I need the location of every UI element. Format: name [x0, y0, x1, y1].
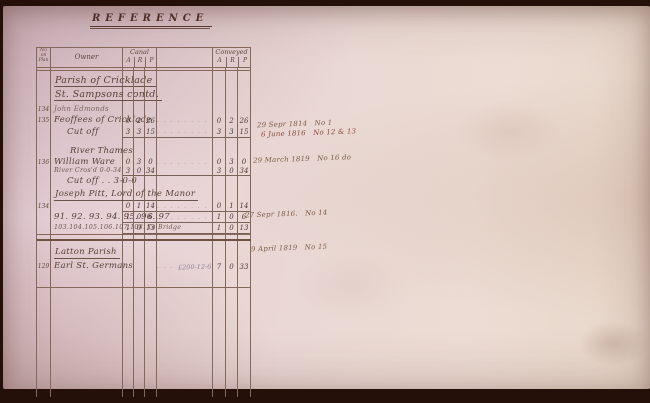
- canal-value-cell: [123, 190, 134, 201]
- leader-cell: [157, 138, 213, 146]
- conveyed-value-cell: [226, 103, 238, 115]
- header-r: R: [134, 57, 145, 67]
- conveyed-value-cell: [238, 146, 251, 157]
- canal-value-cell: [145, 290, 157, 397]
- conveyed-value-cell: [238, 176, 251, 186]
- owner-cell: Cut off: [51, 126, 123, 138]
- canal-value-cell: 3: [134, 126, 145, 138]
- conveyed-value-cell: [226, 290, 238, 397]
- dot-leader: . . . . . . . . . . . . . . . . . .: [157, 263, 178, 270]
- dot-leader: . . . . . . . . . . . . . . . . . .: [157, 128, 212, 135]
- canal-value-cell: [134, 138, 145, 146]
- owner-cell: Joseph Pitt, Lord of the Manor: [51, 190, 123, 201]
- conveyed-value-cell: 3: [226, 157, 238, 167]
- canal-value-cell: [145, 176, 157, 186]
- leader-cell: [157, 88, 213, 103]
- canal-value-cell: 2: [134, 115, 145, 126]
- canal-value-cell: [134, 260, 145, 273]
- plan-number-cell: [37, 273, 51, 287]
- conveyed-value-cell: 3: [213, 167, 226, 176]
- conveyed-value-cell: 1: [213, 212, 226, 223]
- conveyed-value-cell: [238, 103, 251, 115]
- plan-number-cell: [37, 247, 51, 260]
- section-heading: Latton Parish: [54, 248, 120, 259]
- canal-value-cell: 0: [123, 115, 134, 126]
- header-canal-group: Canal A R P: [123, 48, 157, 67]
- owner-cell: John Edmonds: [51, 103, 123, 115]
- conveyed-value-cell: [226, 146, 238, 157]
- table-row: Joseph Pitt, Lord of the Manor: [37, 190, 251, 201]
- conveyed-value-cell: 2: [226, 115, 238, 126]
- conveyed-value-cell: 15: [238, 126, 251, 138]
- conveyed-value-cell: 34: [238, 167, 251, 176]
- canal-value-cell: 0: [123, 157, 134, 167]
- pencil-note: £200-12-6: [178, 262, 213, 271]
- canal-value-cell: [134, 235, 145, 239]
- owner-name: Cut off: [67, 128, 99, 137]
- dot-leader: . . . . . . . . . . . . . . . . . .: [157, 159, 212, 166]
- header-a: A: [123, 57, 134, 67]
- owner-cell: St. Sampsons contd.: [51, 88, 123, 103]
- canal-value-cell: [134, 103, 145, 115]
- owner-cell: Earl St. Germans: [51, 260, 123, 273]
- canal-value-cell: [145, 247, 157, 260]
- table-body: Parish of CrickladeSt. Sampsons contd.13…: [37, 68, 251, 397]
- header-r: R: [226, 57, 238, 67]
- owner-cell: 103.104.105.106.107.108. To Bridge: [51, 223, 123, 234]
- conveyed-value-cell: 26: [238, 115, 251, 126]
- canal-value-cell: [134, 68, 145, 70]
- canal-value-cell: 0: [145, 157, 157, 167]
- dot-leader: . . . . . . . . . . . . . . . . . .: [157, 117, 212, 124]
- conveyed-value-cell: [226, 247, 238, 260]
- canal-value-cell: 34: [145, 167, 157, 176]
- conveyed-value-cell: 0: [226, 260, 238, 273]
- canal-value-cell: [145, 68, 157, 70]
- conveyed-value-cell: [238, 88, 251, 103]
- canal-value-cell: [145, 235, 157, 239]
- canal-value-cell: 3: [123, 126, 134, 138]
- leader-cell: [157, 190, 213, 201]
- canal-value-cell: [134, 146, 145, 157]
- conveyed-value-cell: 1: [226, 201, 238, 212]
- plan-number-cell: 129: [37, 260, 51, 273]
- owner-cell: [51, 201, 123, 212]
- canal-value-cell: [134, 88, 145, 103]
- conveyed-value-cell: [238, 247, 251, 260]
- header-owner: Owner: [51, 48, 123, 67]
- leader-cell: [157, 167, 213, 176]
- conveyed-value-cell: [213, 88, 226, 103]
- owner-name: River Cros'd 0-0-34: [54, 168, 122, 174]
- conveyed-value-cell: 0: [213, 157, 226, 167]
- table-row: [37, 273, 251, 287]
- canal-value-cell: [123, 103, 134, 115]
- canal-value-cell: [123, 290, 134, 397]
- owner-cell: River Cros'd 0-0-34: [51, 167, 123, 176]
- header-canal-arp: A R P: [123, 57, 156, 67]
- table-row: St. Sampsons contd.: [37, 88, 251, 103]
- canal-value-cell: [123, 176, 134, 186]
- canal-value-cell: [134, 176, 145, 186]
- owner-cell: [51, 273, 123, 287]
- conveyed-value-cell: [213, 138, 226, 146]
- conveyed-value-cell: [238, 68, 251, 70]
- canal-value-cell: [123, 138, 134, 146]
- plan-number-cell: [37, 167, 51, 176]
- canal-value-cell: 15: [145, 126, 157, 138]
- canal-value-cell: [123, 75, 134, 88]
- conveyed-value-cell: [226, 273, 238, 287]
- leader-cell: [157, 176, 213, 186]
- canal-value-cell: [134, 290, 145, 397]
- conveyed-value-cell: [213, 190, 226, 201]
- owner-cell: Feoffees of Cricklade: [51, 115, 123, 126]
- canal-value-cell: 3: [123, 167, 134, 176]
- conveyed-value-cell: 13: [238, 223, 251, 234]
- table-row: 136William Ware030. . . . . . . . . . . …: [37, 157, 251, 167]
- canal-value-cell: 6: [145, 212, 157, 223]
- plan-number-cell: 135: [37, 115, 51, 126]
- plan-number-cell: [37, 75, 51, 88]
- leader-cell: . . . . . . . . . . . . . . . . . .: [157, 201, 213, 212]
- paper-stain: [293, 251, 413, 321]
- header-conveyed: Conveyed: [213, 48, 250, 57]
- conveyed-value-cell: 1: [213, 223, 226, 234]
- conveyed-value-cell: [226, 88, 238, 103]
- header-blank-column: [157, 48, 213, 67]
- conveyed-value-cell: 0: [226, 212, 238, 223]
- table-row: 1340114. . . . . . . . . . . . . . . . .…: [37, 201, 251, 212]
- plan-number-cell: [37, 290, 51, 397]
- canal-value-cell: 26: [145, 115, 157, 126]
- header-p: P: [238, 57, 251, 67]
- conveyed-value-cell: [213, 290, 226, 397]
- leader-cell: [157, 290, 213, 397]
- conveyed-value-cell: [213, 273, 226, 287]
- plan-number-cell: [37, 68, 51, 70]
- plan-number-cell: [37, 212, 51, 223]
- table-row: 91. 92. 93. 94. 95. 96. 97106. . . . . .…: [37, 212, 251, 223]
- header-conveyed-group: Conveyed A R P: [213, 48, 251, 67]
- canal-value-cell: [145, 146, 157, 157]
- owner-cell: 91. 92. 93. 94. 95. 96. 97: [51, 212, 123, 223]
- leader-cell: [157, 103, 213, 115]
- owner-cell: [51, 235, 123, 239]
- conveyed-value-cell: [226, 68, 238, 70]
- leader-cell: . . . . . . . . . . . . . . . . . .: [157, 115, 213, 126]
- owner-cell: [51, 138, 123, 146]
- table-row: Latton Parish: [37, 247, 251, 260]
- leader-cell: . . . . . . . . . . . . . . . . . .£200-…: [157, 260, 213, 273]
- leader-cell: [157, 235, 213, 239]
- plan-number-cell: 136: [37, 157, 51, 167]
- canal-value-cell: [123, 235, 134, 239]
- table-row: 103.104.105.106.107.108. To Bridge101310…: [37, 223, 251, 234]
- table-row: 135Feoffees of Cricklade0226. . . . . . …: [37, 115, 251, 126]
- canal-value-cell: [123, 273, 134, 287]
- page-title: Reference: [90, 13, 212, 27]
- conveyed-value-cell: 33: [238, 260, 251, 273]
- owner-cell: [51, 290, 123, 397]
- plan-number-cell: [37, 146, 51, 157]
- conveyed-value-cell: 3: [226, 126, 238, 138]
- conveyed-value-cell: [238, 290, 251, 397]
- canal-value-cell: 1: [134, 201, 145, 212]
- plan-number-cell: [37, 190, 51, 201]
- owner-cell: Cut off . . 3-0-0: [51, 176, 123, 186]
- header-no-on-plan: No on Plan: [37, 48, 51, 67]
- canal-value-cell: [123, 260, 134, 273]
- reference-table: No on Plan Owner Canal A R P Conveyed A …: [36, 47, 251, 397]
- scanned-ledger-photo: Reference No on Plan Owner Canal A R P C…: [0, 0, 650, 403]
- owner-name: John Edmonds: [54, 106, 109, 113]
- leader-cell: [157, 68, 213, 70]
- table-row: 129Earl St. Germans. . . . . . . . . . .…: [37, 260, 251, 273]
- header-canal: Canal: [123, 48, 156, 57]
- header-a: A: [213, 57, 226, 67]
- conveyed-value-cell: [226, 176, 238, 186]
- table-row: [37, 234, 251, 241]
- conveyed-value-cell: 0: [213, 201, 226, 212]
- table-row: Parish of Cricklade: [37, 75, 251, 88]
- leader-cell: [157, 75, 213, 88]
- conveyed-value-cell: [238, 138, 251, 146]
- leader-cell: [157, 146, 213, 157]
- table-row: River Thames: [37, 146, 251, 157]
- canal-value-cell: [145, 260, 157, 273]
- owner-cell: [51, 68, 123, 70]
- canal-value-cell: [134, 190, 145, 201]
- plan-number-cell: 134: [37, 201, 51, 212]
- paper-stain: [453, 101, 563, 161]
- owner-name: William Ware: [54, 158, 115, 167]
- canal-value-cell: [134, 273, 145, 287]
- canal-value-cell: [134, 247, 145, 260]
- conveyed-value-cell: [213, 176, 226, 186]
- leader-cell: . . . . . . . . . . . . . . . . . .: [157, 157, 213, 167]
- conveyed-value-cell: 0: [238, 157, 251, 167]
- table-header: No on Plan Owner Canal A R P Conveyed A …: [37, 48, 251, 68]
- plan-number-cell: [37, 223, 51, 234]
- canal-value-cell: [145, 273, 157, 287]
- leader-cell: [157, 247, 213, 260]
- table-row: River Cros'd 0-0-3430343034: [37, 167, 251, 176]
- canal-value-cell: 14: [145, 201, 157, 212]
- header-p: P: [145, 57, 157, 67]
- conveyed-value-cell: [213, 68, 226, 70]
- conveyed-value-cell: 7: [213, 260, 226, 273]
- canal-value-cell: [145, 75, 157, 88]
- conveyed-value-cell: [226, 190, 238, 201]
- leader-cell: . . . . . . . . . . . . . . . . . .: [157, 212, 213, 223]
- canal-value-cell: [134, 75, 145, 88]
- owner-cell: River Thames: [51, 146, 123, 157]
- conveyed-value-cell: [238, 190, 251, 201]
- leader-cell: . . . . . . . . . . . . . . . . . .: [157, 126, 213, 138]
- owner-cell: Latton Parish: [51, 247, 123, 260]
- canal-value-cell: [123, 146, 134, 157]
- canal-value-cell: [145, 103, 157, 115]
- conveyed-value-cell: [213, 146, 226, 157]
- canal-value-cell: [123, 68, 134, 70]
- canal-value-cell: [145, 138, 157, 146]
- conveyed-value-cell: [238, 273, 251, 287]
- table-row: Cut off . . 3-0-0: [37, 176, 251, 186]
- canal-value-cell: 0: [134, 212, 145, 223]
- canal-value-cell: [145, 88, 157, 103]
- paper-stain: [578, 321, 648, 366]
- owner-cell: Parish of Cricklade: [51, 75, 123, 88]
- canal-value-cell: 1: [123, 212, 134, 223]
- plan-number-cell: [37, 176, 51, 186]
- plan-number-cell: [37, 138, 51, 146]
- table-row: [37, 290, 251, 397]
- conveyed-value-cell: [213, 103, 226, 115]
- table-row: Cut off3315. . . . . . . . . . . . . . .…: [37, 126, 251, 138]
- owner-cell: William Ware: [51, 157, 123, 167]
- dot-leader: . . . . . . . . . . . . . . . . . .: [157, 203, 212, 210]
- conveyed-value-cell: 3: [213, 126, 226, 138]
- canal-value-cell: 3: [134, 157, 145, 167]
- owner-name: 103.104.105.106.107.108. To Bridge: [54, 225, 181, 231]
- table-row: 134John Edmonds: [37, 103, 251, 115]
- conveyed-value-cell: [238, 235, 251, 239]
- header-conveyed-arp: A R P: [213, 57, 250, 67]
- conveyed-value-cell: [226, 75, 238, 88]
- dot-leader: . . . . . . . . . . . . . . . . . .: [157, 214, 212, 221]
- canal-value-cell: [123, 247, 134, 260]
- conveyed-value-cell: 0: [226, 167, 238, 176]
- table-row: [37, 138, 251, 146]
- conveyed-value-cell: [213, 235, 226, 239]
- plan-number-cell: 134: [37, 103, 51, 115]
- plan-number-cell: [37, 88, 51, 103]
- canal-value-cell: [123, 88, 134, 103]
- conveyed-value-cell: 0: [213, 115, 226, 126]
- canal-value-cell: 0: [123, 201, 134, 212]
- conveyed-value-cell: [226, 235, 238, 239]
- canal-value-cell: [145, 190, 157, 201]
- conveyed-value-cell: 0: [226, 223, 238, 234]
- plan-number-cell: [37, 235, 51, 239]
- owner-name: Earl St. Germans: [54, 262, 133, 271]
- leader-cell: [157, 273, 213, 287]
- conveyed-value-cell: [226, 138, 238, 146]
- conveyed-value-cell: [213, 247, 226, 260]
- canal-value-cell: 0: [134, 167, 145, 176]
- conveyed-value-cell: [238, 75, 251, 88]
- conveyed-value-cell: [213, 75, 226, 88]
- plan-number-cell: [37, 126, 51, 138]
